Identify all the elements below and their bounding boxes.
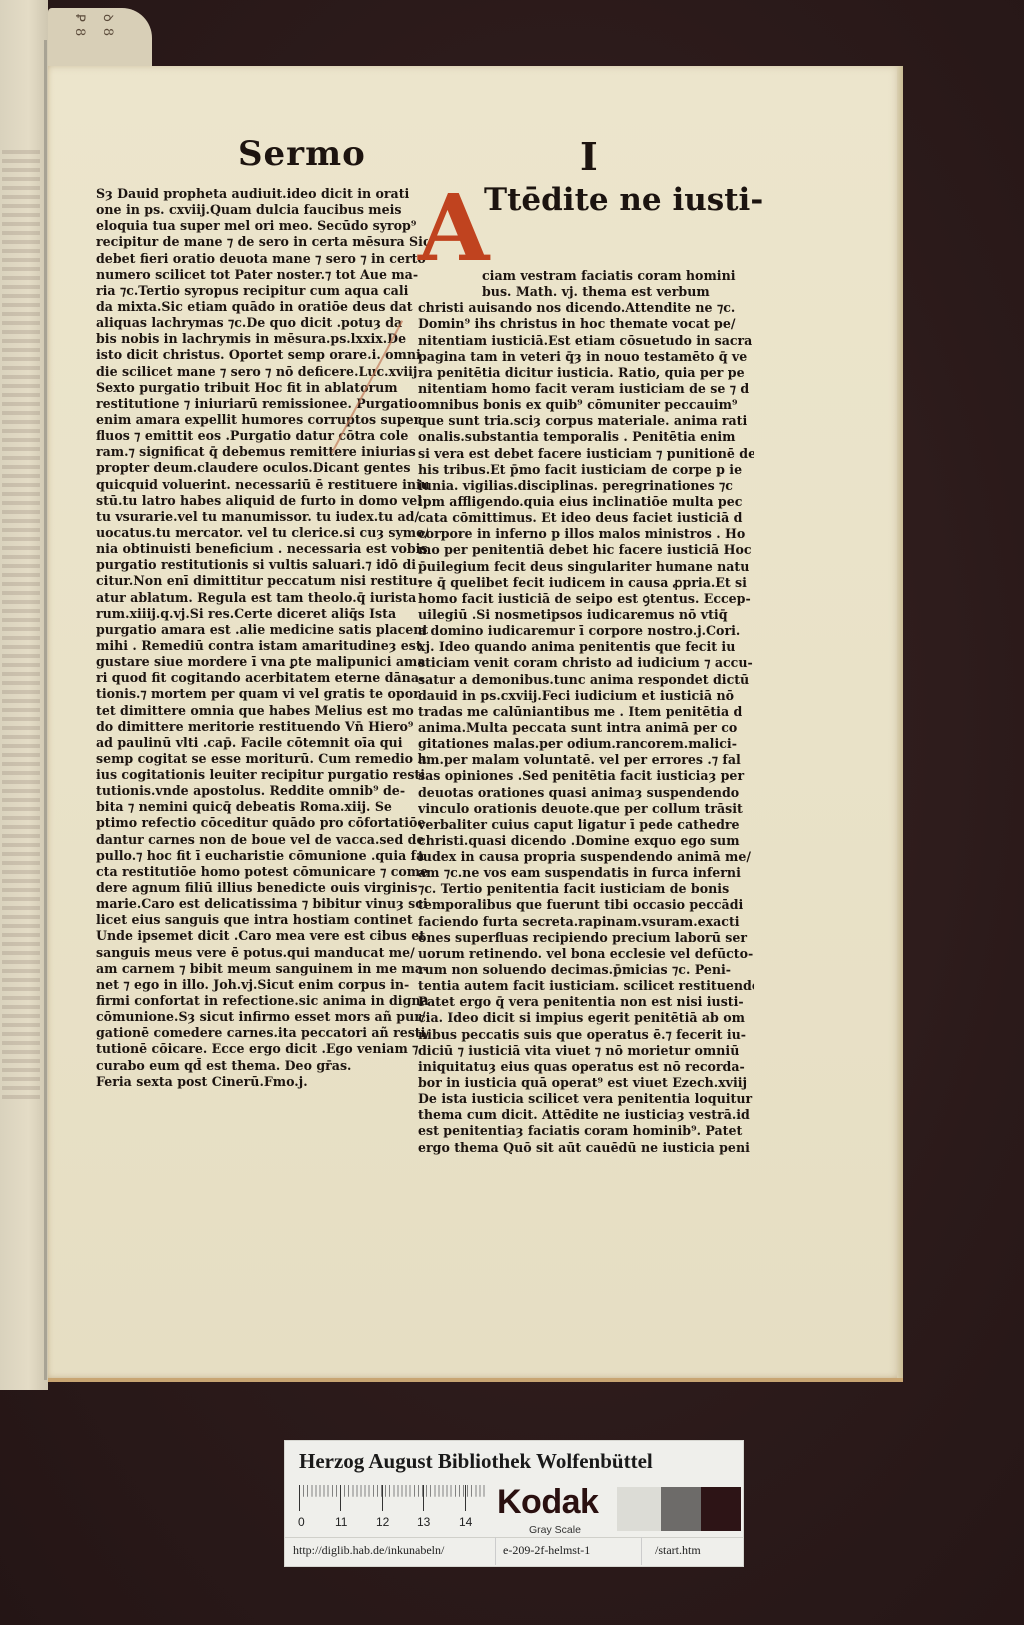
text-line: restitutione ⁊ iniuriarū remissionee. Pu… bbox=[96, 396, 428, 412]
url-base: http://diglib.hab.de/inkunabeln/ bbox=[293, 1543, 444, 1558]
previous-leaf-bleed-text bbox=[2, 150, 40, 1100]
ruler-major-tick bbox=[465, 1485, 466, 1511]
text-line: net ⁊ ego in illo. Joh.vj.Sicut enim cor… bbox=[96, 977, 428, 993]
text-line: Domin⁹ ihs christus in hoc themate vocat… bbox=[418, 316, 754, 332]
gray-swatch-dark bbox=[701, 1487, 741, 1531]
text-line: iudex in causa propria suspendendo animā… bbox=[418, 849, 754, 865]
text-line: christi auisando nos dicendo.Attendite n… bbox=[418, 300, 754, 316]
text-line: dere agnum filiū illius benedicte ouis v… bbox=[96, 880, 428, 896]
text-line: Sȝ Dauid propheta audiuit.ideo dicit in … bbox=[96, 186, 428, 202]
text-line: sticiam venit coram christo ad iudicium … bbox=[418, 655, 754, 671]
text-line: que sunt tria.sciȝ corpus materiale. ani… bbox=[418, 413, 754, 429]
text-line: ius cogitationis leuiter recipitur purga… bbox=[96, 767, 428, 783]
text-line: re q̄ quelibet fecit iudicem in causa ꝓp… bbox=[418, 575, 754, 591]
text-line: quicquid voluerint. necessariū ē restitu… bbox=[96, 477, 428, 493]
text-line: nibus peccatis suis que operatus ē.⁊ fec… bbox=[418, 1027, 754, 1043]
text-line: atur ablatum. Regula est tam theolo.q̄ i… bbox=[96, 590, 428, 606]
url-suffix: /start.htm bbox=[655, 1543, 701, 1558]
divider bbox=[495, 1537, 496, 1565]
text-line: temporalibus que fuerunt tibi occasio pe… bbox=[418, 897, 754, 913]
ruler-major-tick bbox=[382, 1485, 383, 1511]
text-line: cta restitutiōe homo potest cōmunicare ⁊… bbox=[96, 864, 428, 880]
text-line: aliquas lachrymas ⁊c.De quo dicit .potuȝ… bbox=[96, 315, 428, 331]
institution-name: Herzog August Bibliothek Wolfenbüttel bbox=[299, 1449, 653, 1474]
text-line: tutionis.vnde apostolus. Reddite omnib⁹ … bbox=[96, 783, 428, 799]
ruler-label: 12 bbox=[376, 1515, 389, 1529]
text-line: ipm affligendo.quia eius inclinatiōe mul… bbox=[418, 494, 754, 510]
text-line: anima.Multa peccata sunt intra animā per… bbox=[418, 720, 754, 736]
text-line: tu vsurarie.vel tu manumissor. tu iudex.… bbox=[96, 509, 428, 525]
text-line: vinculo orationis deuote.que per collum … bbox=[418, 801, 754, 817]
text-line: pullo.⁊ hoc fit ī eucharistie cōmunione … bbox=[96, 848, 428, 864]
text-line: numero scilicet tot Pater noster.⁊ tot A… bbox=[96, 267, 428, 283]
text-line: marie.Caro est delicatissima ⁊ bibitur v… bbox=[96, 896, 428, 912]
running-head-left: Sermo bbox=[238, 134, 366, 174]
text-line: curabo eum qd̄ est thema. Deo gr̄as. bbox=[96, 1058, 428, 1074]
color-target-card: Herzog August Bibliothek Wolfenbüttel 0 … bbox=[284, 1440, 744, 1567]
text-line: uorum retinendo. vel bona ecclesie vel d… bbox=[418, 946, 754, 962]
text-line: Feria sexta post Cinerū.Fmo.j. bbox=[96, 1074, 428, 1090]
text-line: recipitur de mane ⁊ de sero in certa mēs… bbox=[96, 234, 428, 250]
text-line: tutionē cōicare. Ecce ergo dicit .Ego ve… bbox=[96, 1041, 428, 1057]
url-id: e-209-2f-helmst-1 bbox=[503, 1543, 590, 1558]
ruler-major-tick bbox=[423, 1485, 424, 1511]
text-line: iniquitatuȝ eius quas operatus est nō re… bbox=[418, 1059, 754, 1075]
text-column-right: A Ttēdite ne iusti- ciam vestram faciati… bbox=[418, 186, 754, 1156]
incipit-block: A Ttēdite ne iusti- bbox=[418, 186, 754, 268]
ruler-label: 14 bbox=[459, 1515, 472, 1529]
text-column-left: Sȝ Dauid propheta audiuit.ideo dicit in … bbox=[96, 186, 428, 1090]
gray-swatch-mid bbox=[661, 1487, 701, 1531]
gray-scale-label: Gray Scale bbox=[529, 1524, 581, 1536]
text-line: one in ps. cxviij.Quam dulcia faucibus m… bbox=[96, 202, 428, 218]
text-line: verbaliter cuius caput ligatur ī pede ca… bbox=[418, 817, 754, 833]
text-line: do dimittere meritorie restituendo Vn̄ H… bbox=[96, 719, 428, 735]
text-line: nitentiam iusticiā.Est etiam cōsuetudo i… bbox=[418, 333, 754, 349]
text-line: bita ⁊ nemini quicq̄ debeatis Roma.xiij.… bbox=[96, 799, 428, 815]
binding-gutter bbox=[44, 40, 47, 1380]
document-page: Sermo I Sȝ Dauid propheta audiuit.ideo d… bbox=[48, 66, 903, 1382]
text-line: pagina tam in veteri q̄ȝ in nouo testamē… bbox=[418, 349, 754, 365]
ruler-major-tick bbox=[299, 1485, 300, 1511]
divider bbox=[641, 1537, 642, 1565]
ruler-label: 0 bbox=[298, 1515, 305, 1529]
text-line: ra penitētia dicitur iusticia. Ratio, qu… bbox=[418, 365, 754, 381]
text-line: gationē comedere carnes.ita peccatori añ… bbox=[96, 1025, 428, 1041]
text-line: nia obtinuisti beneficium . necessaria e… bbox=[96, 541, 428, 557]
text-line: christi.quasi dicendo .Domine exquo ego … bbox=[418, 833, 754, 849]
text-line: a domino iudicaremur ī corpore nostro.j.… bbox=[418, 623, 754, 639]
text-line: ones superfluas recipiendo precium labor… bbox=[418, 930, 754, 946]
text-line: tet dimittere omnia que habes Melius est… bbox=[96, 703, 428, 719]
tab-handwriting-1: Ꝑ 8 bbox=[72, 14, 87, 37]
text-line: enim amara expellit humores corruptos su… bbox=[96, 412, 428, 428]
text-line: tentia autem facit iusticiam. scilicet r… bbox=[418, 978, 754, 994]
tab-handwriting-2: ꝺ 8 bbox=[98, 14, 116, 37]
text-line: gustare siue mordere ī vna ꝑte malipunic… bbox=[96, 654, 428, 670]
ruler-ticks bbox=[299, 1485, 485, 1511]
text-line: sanguis meus vere ē potus.qui manducat m… bbox=[96, 945, 428, 961]
decorated-initial: A bbox=[418, 180, 480, 276]
text-line: ri quod fit cogitando acerbitatem eterne… bbox=[96, 670, 428, 686]
text-line: xj. Ideo quando anima penitentis que fec… bbox=[418, 639, 754, 655]
text-line: corpore in inferno p illos malos ministr… bbox=[418, 526, 754, 542]
text-line: purgatio restitutionis si vultis saluari… bbox=[96, 557, 428, 573]
kodak-logo: Kodak bbox=[497, 1483, 598, 1522]
text-line: faciendo furta secreta.rapinam.vsuram.ex… bbox=[418, 914, 754, 930]
text-line: ad paulinū vlti .cap̄. Facile cōtemnit o… bbox=[96, 735, 428, 751]
ruler-major-tick bbox=[340, 1485, 341, 1511]
text-line: rum non soluendo decimas.p̄micias ⁊c. Pe… bbox=[418, 962, 754, 978]
text-line: licet eius sanguis que intra hostiam con… bbox=[96, 912, 428, 928]
text-line: nitentiam homo facit veram iusticiam de … bbox=[418, 381, 754, 397]
text-line: am ⁊c.ne vos eam suspendatis in furca in… bbox=[418, 865, 754, 881]
right-column-body: christi auisando nos dicendo.Attendite n… bbox=[418, 300, 754, 1155]
text-line: Patet ergo q̄ vera penitentia non est ni… bbox=[418, 994, 754, 1010]
text-line: propter deum.claudere oculos.Dicant gent… bbox=[96, 460, 428, 476]
text-line: cōmunione.Sȝ sicut infirmo esset mors añ… bbox=[96, 1009, 428, 1025]
text-line: rum.xiiij.q.vj.Si res.Certe diceret aliq… bbox=[96, 606, 428, 622]
text-line: homo facit iusticiā de seipo est ꝯtentus… bbox=[418, 591, 754, 607]
previous-leaf-edge bbox=[0, 0, 48, 1390]
text-line: p̄uilegium fecit deus singulariter human… bbox=[418, 559, 754, 575]
text-line: fluos ⁊ emittit eos .Purgatio datur cōtr… bbox=[96, 428, 428, 444]
text-line: ptimo refectio cōceditur quādo pro cōfor… bbox=[96, 815, 428, 831]
text-line: ergo thema Quō sit aūt cauēdū ne iustici… bbox=[418, 1140, 754, 1156]
text-line: Sexto purgatio tribuit Hoc fit in ablato… bbox=[96, 380, 428, 396]
text-line: sas opiniones .Sed penitētia facit iusti… bbox=[418, 768, 754, 784]
text-line: firmi confortat in refectione.sic anima … bbox=[96, 993, 428, 1009]
text-line: bus. Math. vj. thema est verbum bbox=[418, 284, 754, 300]
text-line: thema cum dicit. Attēdite ne iusticiaȝ v… bbox=[418, 1107, 754, 1123]
ruler-label: 11 bbox=[335, 1515, 347, 1529]
text-line: omnibus bonis ex quib⁹ cōmuniter peccaui… bbox=[418, 397, 754, 413]
text-line: mo per penitentiā debet hic facere iusti… bbox=[418, 542, 754, 558]
text-line: iunia. vigilias.disciplinas. peregrinati… bbox=[418, 478, 754, 494]
text-line: cata cōmittimus. Et ideo deus faciet ius… bbox=[418, 510, 754, 526]
text-line: diciū ⁊ iusticiā vita viuet ⁊ nō morietu… bbox=[418, 1043, 754, 1059]
ruler-scale: 0 11 12 13 14 bbox=[299, 1485, 485, 1533]
text-line: Unde ipsemet dicit .Caro mea vere est ci… bbox=[96, 928, 428, 944]
text-line: am carnem ⁊ bibit meum sanguinem in me m… bbox=[96, 961, 428, 977]
gray-swatch-light bbox=[617, 1487, 661, 1531]
text-line: si vera est debet facere iusticiam ⁊ pun… bbox=[418, 446, 754, 462]
text-line: eloquia tua super mel ori meo. Secūdo sy… bbox=[96, 218, 428, 234]
text-line: debet fieri oratio deuota mane ⁊ sero ⁊ … bbox=[96, 251, 428, 267]
text-line: ram.⁊ significat q̄ debemus remittere in… bbox=[96, 444, 428, 460]
ruler-label: 13 bbox=[417, 1515, 430, 1529]
text-line: citur.Non enī dimittitur peccatum nisi r… bbox=[96, 573, 428, 589]
text-line: uocatus.tu mercator. vel tu clerice.si c… bbox=[96, 525, 428, 541]
text-line: ria ⁊c.Tertio syropus recipitur cum aqua… bbox=[96, 283, 428, 299]
text-line: ⁊c. Tertio penitentia facit iusticiam de… bbox=[418, 881, 754, 897]
divider bbox=[285, 1537, 743, 1538]
text-line: De ista iusticia scilicet vera penitenti… bbox=[418, 1091, 754, 1107]
text-line: bis nobis in lachrymis in mēsura.ps.lxxi… bbox=[96, 331, 428, 347]
text-line: am.per malam voluntatē. vel per errores … bbox=[418, 752, 754, 768]
text-line: cia. Ideo dicit si impius egerit penitēt… bbox=[418, 1010, 754, 1026]
text-line: dantur carnes non de boue vel de vacca.s… bbox=[96, 832, 428, 848]
page-bottom-edge bbox=[48, 1378, 903, 1382]
page-edge bbox=[897, 66, 903, 1382]
text-line: purgatio amara est .alie medicine satis … bbox=[96, 622, 428, 638]
text-line: mihi . Remediū contra istam amaritudineȝ… bbox=[96, 638, 428, 654]
text-line: his tribus.Et p̄mo facit iusticiam de co… bbox=[418, 462, 754, 478]
text-line: tradas me calūniantibus me . Item penitē… bbox=[418, 704, 754, 720]
text-line: dauid in ps.cxviij.Feci iudicium et iust… bbox=[418, 688, 754, 704]
incipit-heading: Ttēdite ne iusti- bbox=[484, 182, 763, 218]
text-line: bor in iusticia quā operat⁹ est viuet Ez… bbox=[418, 1075, 754, 1091]
text-line: stū.tu latro habes aliquid de furto in d… bbox=[96, 493, 428, 509]
text-line: deuotas orationes quasi animaȝ suspenden… bbox=[418, 785, 754, 801]
running-head-right: I bbox=[580, 134, 599, 179]
text-line: tionis.⁊ mortem per quam vi vel gratis t… bbox=[96, 686, 428, 702]
text-line: semp cogitat se esse moriturū. Cum remed… bbox=[96, 751, 428, 767]
text-line: gitationes malas.per odium.rancorem.mali… bbox=[418, 736, 754, 752]
text-line: uilegiū .Si nosmetipsos iudicaremus nō v… bbox=[418, 607, 754, 623]
text-line: onalis.substantia temporalis . Penitētia… bbox=[418, 429, 754, 445]
text-line: satur a demonibus.tunc anima respondet d… bbox=[418, 672, 754, 688]
text-line: da mixta.Sic etiam quādo in oratiōe deus… bbox=[96, 299, 428, 315]
text-line: est penitentiaȝ faciatis coram hominib⁹.… bbox=[418, 1123, 754, 1139]
